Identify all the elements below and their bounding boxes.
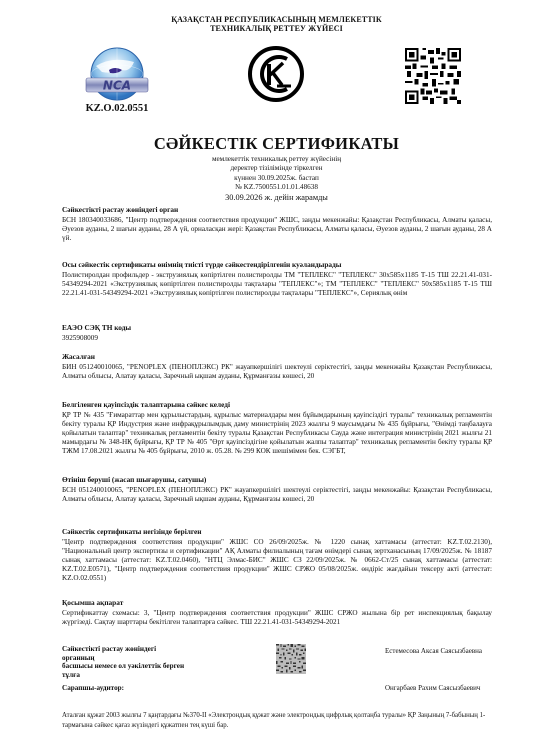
section-additional-info: Қосымша ақпарат Сертификаттау схемасы: 3… xyxy=(62,599,492,627)
section-heading: Белгіленген қауіпсіздік талаптарына сәйк… xyxy=(62,401,492,410)
signatory-label-line: басшысы немесе ол уәкілеттік берген xyxy=(62,662,197,671)
section-heading: Сәйкестік сертификаты негізінде берілген xyxy=(62,528,492,537)
header-line-1: ҚАЗАҚСТАН РЕСПУБЛИКАСЫНЫҢ МЕМЛЕКЕТТІК xyxy=(0,15,553,24)
accreditation-number: KZ.O.02.0551 xyxy=(78,103,156,114)
section-body: ҚР ТР № 435 "Ғимараттар мен құрылыстарды… xyxy=(62,411,492,456)
section-certification-body: Сәйкестікті растау жөніндегі орган БСН 1… xyxy=(62,206,492,243)
section-body: БСН 180340033686, "Центр подтверждения с… xyxy=(62,216,492,243)
qr-code-icon[interactable] xyxy=(405,47,461,105)
section-safety-requirements: Белгіленген қауіпсіздік талаптарына сәйк… xyxy=(62,401,492,455)
certificate-registration-info: мемлекеттік техникалық реттеу жүйесінің … xyxy=(0,155,553,203)
validity-date: 30.09.2026 ж. дейін жарамды xyxy=(0,192,553,203)
section-body: БСН 051240010065, "PENOPLEX (ПЕНОПЛЭКС) … xyxy=(62,486,492,504)
legal-footer-note: Аталған құжат 2003 жылғы 7 қаңтардағы №3… xyxy=(62,711,492,730)
auditor-label: Сарапшы-аудитор: xyxy=(62,684,197,693)
registration-line-2: деректер тізілімінде тіркелген xyxy=(0,164,553,173)
head-signatory-name: Естемесова Аксая Саясызбаевна xyxy=(385,647,482,655)
section-body: Полистиролдан профильдер - экструзиялық … xyxy=(62,271,492,298)
signatory-label-line: тұлға xyxy=(62,671,197,680)
section-heading: Сәйкестікті растау жөніндегі орган xyxy=(62,206,492,215)
signature-qr-code-icon[interactable] xyxy=(276,644,306,674)
section-heading: Осы сәйкестік сертификаты өнімнің тиісті… xyxy=(62,261,492,270)
issuing-authority-header: ҚАЗАҚСТАН РЕСПУБЛИКАСЫНЫҢ МЕМЛЕКЕТТІК ТЕ… xyxy=(0,15,553,33)
registration-date: күннен 30.09.2025ж. бастап xyxy=(0,174,553,183)
section-heading: Жасалған xyxy=(62,353,492,362)
section-heading: Қосымша ақпарат xyxy=(62,599,492,608)
certificate-title: СӘЙКЕСТІК СЕРТИФИКАТЫ xyxy=(0,134,553,154)
section-body: БИН 051240010065, "PENOPLEX (ПЕНОПЛЭКС) … xyxy=(62,363,492,381)
section-applicant: Өтініш беруші (жасап шығарушы, сатушы) Б… xyxy=(62,476,492,504)
svg-text:NCA: NCA xyxy=(103,79,131,93)
header-line-2: ТЕХНИКАЛЫҚ РЕТТЕУ ЖҮЙЕСІ xyxy=(0,24,553,33)
section-heading: Өтініш беруші (жасап шығарушы, сатушы) xyxy=(62,476,492,485)
section-product: Осы сәйкестік сертификаты өнімнің тиісті… xyxy=(62,261,492,298)
section-manufacturer: Жасалған БИН 051240010065, "PENOPLEX (ПЕ… xyxy=(62,353,492,381)
section-heading: ЕАЭО СЭҚ ТН коды xyxy=(62,324,492,333)
signatory-label-line: Сәйкестікті растау жөніндегі xyxy=(62,645,197,654)
section-body: "Центр подтверждения соответствия продук… xyxy=(62,538,492,583)
head-signatory-label: Сәйкестікті растау жөніндегі органның ба… xyxy=(62,645,197,679)
section-body: 3925908009 xyxy=(62,334,492,343)
section-body: Сертификаттау схемасы: 3, "Центр подтвер… xyxy=(62,609,492,627)
signatory-label-line: органның xyxy=(62,654,197,663)
certificate-number: № KZ.7500551.01.01.48638 xyxy=(0,183,553,192)
registration-line-1: мемлекеттік техникалық реттеу жүйесінің xyxy=(0,155,553,164)
auditor-name: Онгарбаев Рахим Саясызбаевич xyxy=(385,684,480,692)
section-issued-basis: Сәйкестік сертификаты негізінде берілген… xyxy=(62,528,492,582)
conformity-mark-icon xyxy=(247,45,305,103)
nca-globe-logo-icon: NCA xyxy=(82,46,152,106)
section-hs-code: ЕАЭО СЭҚ ТН коды 3925908009 xyxy=(62,324,492,343)
